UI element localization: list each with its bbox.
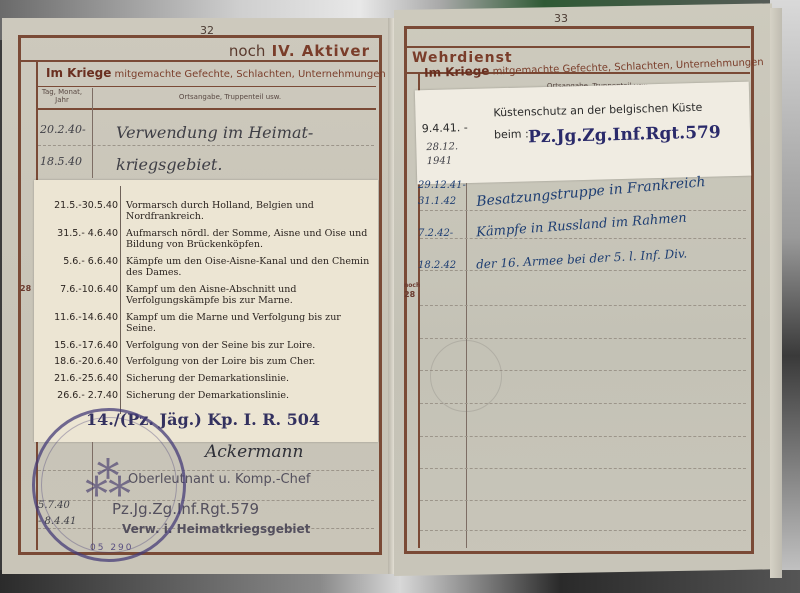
typed-slip-date: 9.4.41. - <box>422 121 468 135</box>
left-col-divider-top <box>92 88 93 178</box>
page-number-right: 33 <box>554 12 568 25</box>
left-side-marker: 28 <box>20 284 31 293</box>
ruled-line <box>420 338 746 339</box>
faded-stamp-impression <box>430 340 502 412</box>
ruled-line <box>420 436 746 437</box>
right-side-marker-prefix: noch <box>404 282 420 289</box>
seal-number: 05 290 <box>90 543 134 553</box>
typed-slip-beim: beim : <box>494 127 529 141</box>
printed-campaign-slip: 21.5.-30.5.40Vormarsch durch Holland, Be… <box>34 180 378 442</box>
page-edge <box>770 8 782 578</box>
typed-slip-hand-date-2: 1941 <box>427 155 453 167</box>
right-entry1-date-end: 31.1.42 <box>418 196 456 207</box>
left-entry-text-line2: kriegsgebiet. <box>116 155 222 174</box>
left-subheading: Im Kriege mitgemachte Gefechte, Schlacht… <box>46 66 386 80</box>
ruled-line <box>420 270 746 271</box>
ruled-line <box>420 210 746 211</box>
ruled-line <box>38 145 374 146</box>
right-top-divider <box>406 46 750 48</box>
right-entry2-date-start: 7.2.42- <box>418 228 453 239</box>
typed-service-slip: 9.4.41. - Küstenschutz an der belgischen… <box>415 82 751 185</box>
left-entry-date-end: 18.5.40 <box>40 155 82 168</box>
typed-slip-text: Küstenschutz an der belgischen Küste <box>493 101 702 119</box>
ruled-line <box>420 305 746 306</box>
ruled-line <box>420 238 746 239</box>
ruled-line <box>420 500 746 501</box>
left-header-divider <box>38 86 376 87</box>
left-col-header-divider <box>38 108 376 110</box>
regiment-unit-stamp: Pz.Jg.Zg.Inf.Rgt.579 <box>528 122 721 147</box>
left-entry-text-line1: Verwendung im Heimat- <box>116 123 313 142</box>
left-col-date-header: Tag, Monat, Jahr <box>40 88 84 104</box>
ruled-line <box>420 468 746 469</box>
right-side-marker: 28 <box>404 290 415 299</box>
commander-signature: Ackermann <box>205 442 303 462</box>
left-entry-date-start: 20.2.40- <box>40 123 86 136</box>
slip-column-divider <box>120 186 121 414</box>
ruled-line <box>420 530 746 531</box>
right-entry2-date-end: 18.2.42 <box>418 260 456 271</box>
right-entry1-date-start: 29.12.41- <box>418 180 466 191</box>
left-col-place-header: Ortsangabe, Truppenteil usw. <box>90 93 370 101</box>
typed-slip-hand-date-1: 28.12. <box>426 141 458 153</box>
eagle-emblem-icon: ⁂ <box>73 449 143 509</box>
left-page-title: noch IV. Aktiver <box>229 42 370 60</box>
left-title-divider <box>20 60 378 62</box>
official-seal: ⁂ 05 290 <box>32 408 186 562</box>
